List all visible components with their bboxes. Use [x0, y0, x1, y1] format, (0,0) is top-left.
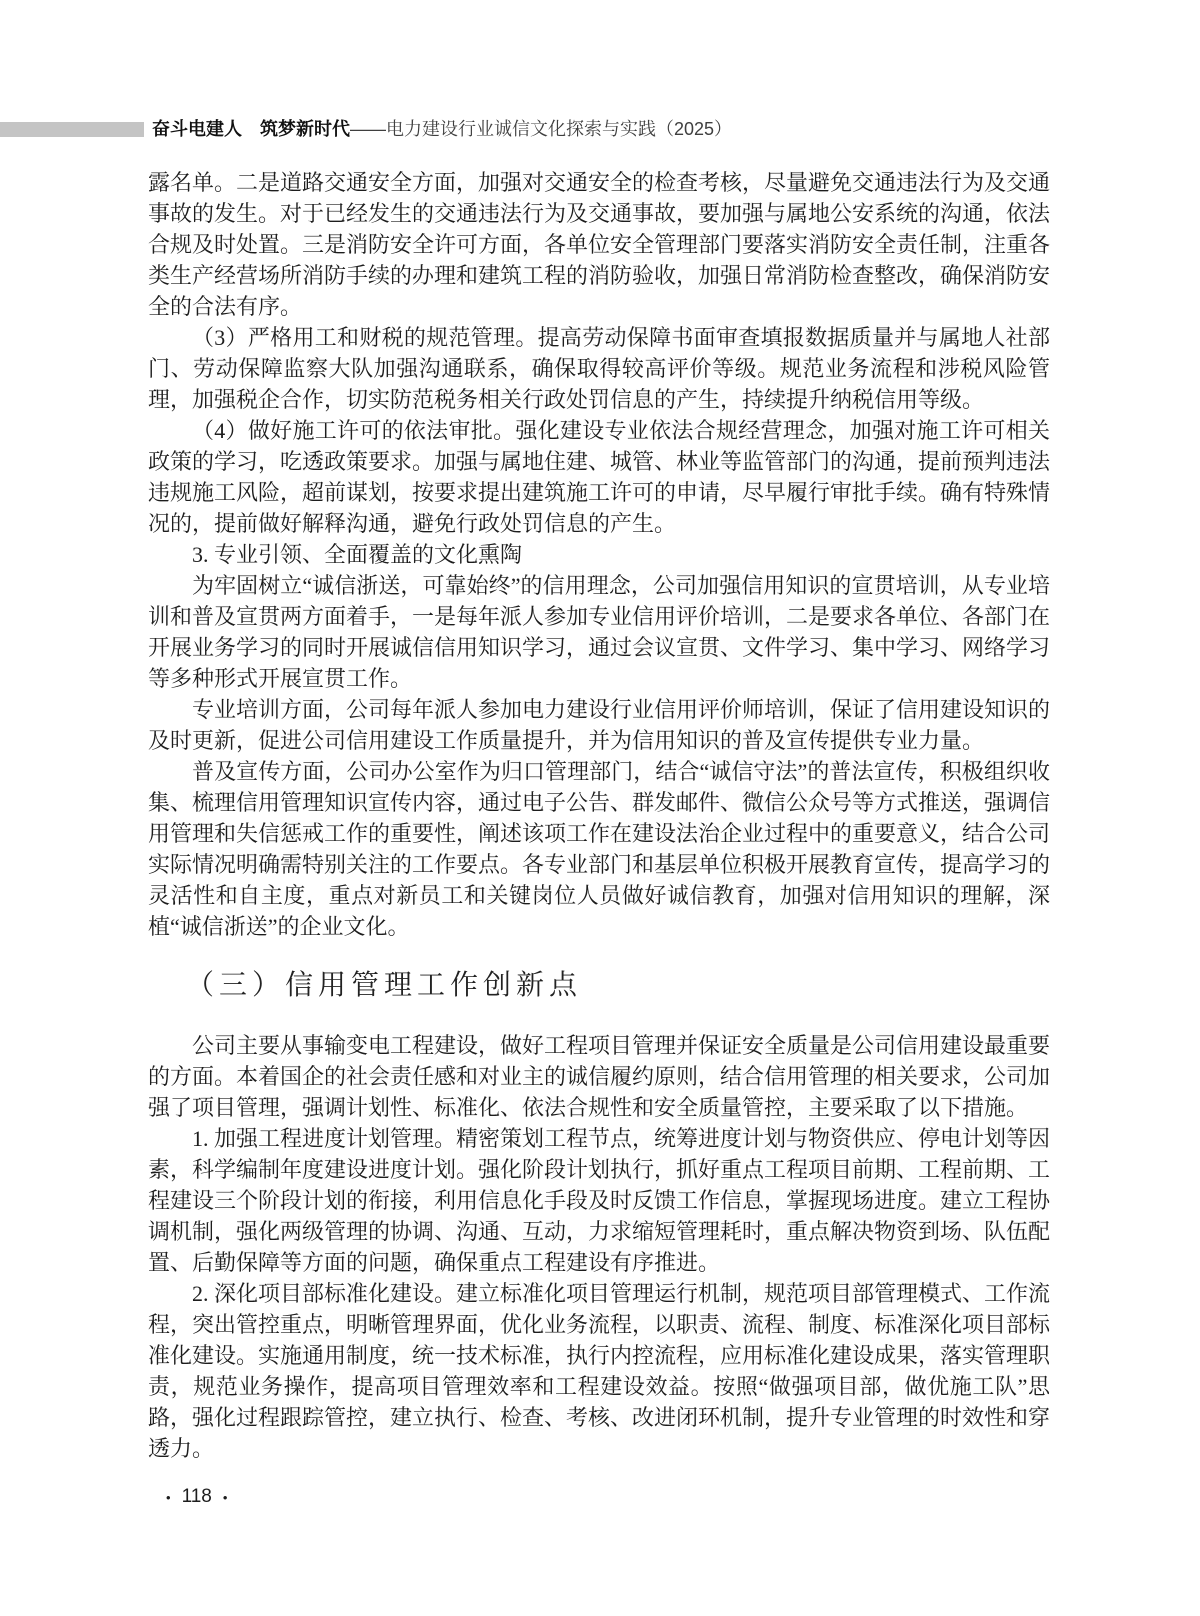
paragraph: （3）严格用工和财税的规范管理。提高劳动保障书面审查填报数据质量并与属地人社部门… [148, 322, 1050, 415]
paragraph: 专业培训方面，公司每年派人参加电力建设行业信用评价师培训，保证了信用建设知识的及… [148, 694, 1050, 756]
page-number: 118 [182, 1486, 212, 1508]
numbered-subheading: 3. 专业引领、全面覆盖的文化熏陶 [148, 539, 1050, 570]
paragraph: 2. 深化项目部标准化建设。建立标准化项目管理运行机制，规范项目部管理模式、工作… [148, 1278, 1050, 1464]
page-body: 露名单。二是道路交通安全方面，加强对交通安全的检查考核，尽量避免交通违法行为及交… [148, 167, 1050, 1464]
page-header: 奋斗电建人 筑梦新时代——电力建设行业诚信文化探索与实践（2025） [0, 116, 1200, 142]
book-title: 奋斗电建人 筑梦新时代 [152, 119, 350, 139]
paragraph: （4）做好施工许可的依法审批。强化建设专业依法合规经营理念，加强对施工许可相关政… [148, 415, 1050, 539]
page-number-dot-right: • [223, 1488, 228, 1507]
paragraph: 公司主要从事输变电工程建设，做好工程项目管理并保证安全质量是公司信用建设最重要的… [148, 1030, 1050, 1123]
paragraph: 为牢固树立“诚信浙送，可靠始终”的信用理念，公司加强信用知识的宣贯培训，从专业培… [148, 570, 1050, 694]
running-head-title: 奋斗电建人 筑梦新时代——电力建设行业诚信文化探索与实践（2025） [152, 116, 732, 142]
section-heading: （三）信用管理工作创新点 [148, 968, 1050, 1004]
paragraph: 1. 加强工程进度计划管理。精密策划工程节点，统筹进度计划与物资供应、停电计划等… [148, 1123, 1050, 1278]
page-number-dot-left: • [166, 1488, 171, 1507]
paragraph: 普及宣传方面，公司办公室作为归口管理部门，结合“诚信守法”的普法宣传，积极组织收… [148, 756, 1050, 942]
page-footer: • 118 • [166, 1486, 227, 1508]
book-page: 奋斗电建人 筑梦新时代——电力建设行业诚信文化探索与实践（2025） 露名单。二… [0, 0, 1200, 1616]
book-subtitle: ——电力建设行业诚信文化探索与实践（2025） [350, 119, 732, 139]
paragraph: 露名单。二是道路交通安全方面，加强对交通安全的检查考核，尽量避免交通违法行为及交… [148, 167, 1050, 322]
header-decoration-bar [0, 122, 144, 137]
